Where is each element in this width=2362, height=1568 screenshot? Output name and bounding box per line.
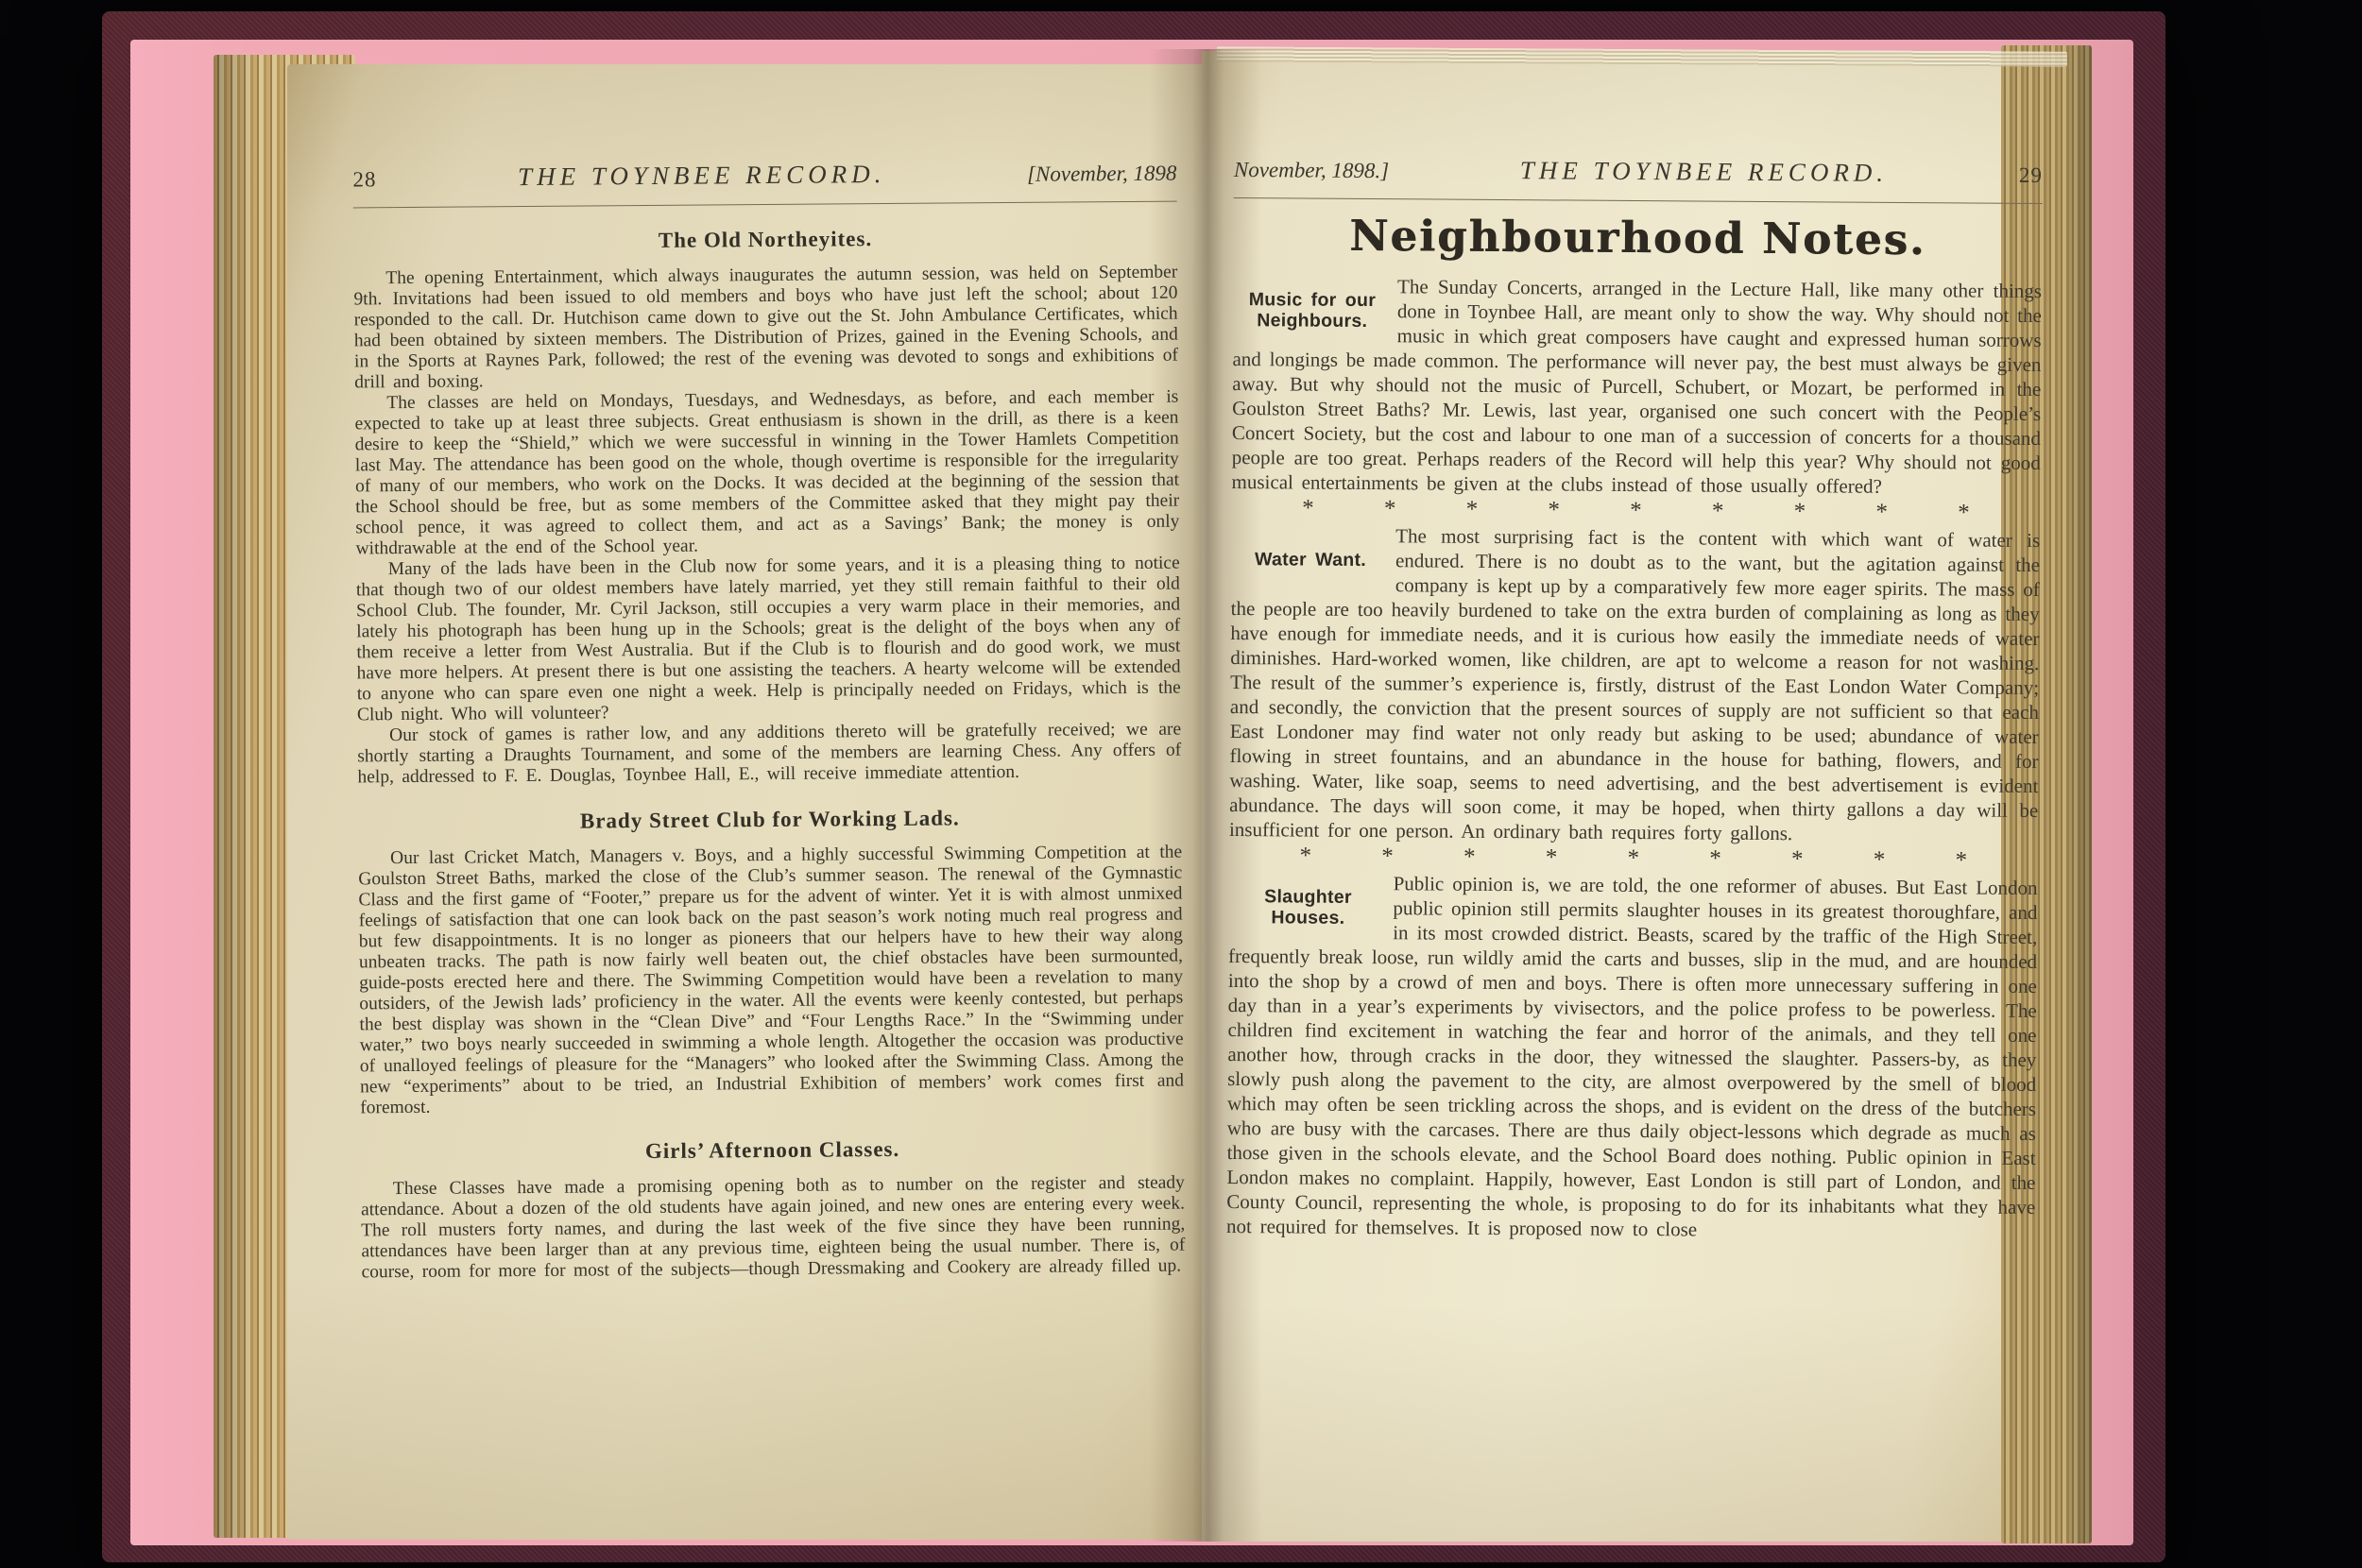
issue-date: [November, 1898 <box>1027 162 1177 187</box>
note-paragraph: Slaughter Houses.Public opinion is, we a… <box>1226 870 2038 1244</box>
header-rule <box>1234 197 2043 204</box>
right-page-content: November, 1898.] THE TOYNBEE RECORD. 29 … <box>1226 154 2043 1244</box>
journal-title: THE TOYNBEE RECORD. <box>518 160 886 192</box>
page-number: 28 <box>352 167 376 192</box>
section-heading: The Old Northeyites. <box>353 225 1177 256</box>
asterisk-separator: * * * * * * * * * <box>1231 494 2040 528</box>
right-page-header: November, 1898.] THE TOYNBEE RECORD. 29 <box>1234 154 2043 188</box>
left-page-header: 28 THE TOYNBEE RECORD. [November, 1898 <box>352 158 1176 193</box>
paragraph: Our last Cricket Match, Managers v. Boys… <box>358 843 1184 1119</box>
journal-title: THE TOYNBEE RECORD. <box>1520 156 1888 188</box>
margin-note: Slaughter Houses. <box>1228 870 1388 945</box>
margin-note: Water Want. <box>1231 522 1391 597</box>
asterisk-separator: * * * * * * * * * <box>1229 842 2038 876</box>
left-page-content: 28 THE TOYNBEE RECORD. [November, 1898 T… <box>352 158 1185 1284</box>
section-heading: Girls’ Afternoon Classes. <box>360 1135 1184 1167</box>
section-heading: Brady Street Club for Working Lads. <box>358 805 1182 836</box>
article-title: Neighbourhood Notes. <box>1233 210 2042 265</box>
paragraph: The opening Entertainment, which always … <box>353 263 1178 394</box>
paragraph: The classes are held on Mondays, Tuesday… <box>354 387 1179 560</box>
paragraph: These Classes have made a promising open… <box>361 1173 1186 1284</box>
header-rule <box>353 201 1177 209</box>
issue-date: November, 1898.] <box>1234 158 1389 183</box>
paragraph: Our stock of games is rather low, and an… <box>357 720 1181 789</box>
note-paragraph: Water Want.The most surprising fact is t… <box>1229 522 2040 847</box>
margin-note: Music for our Neighbours. <box>1233 273 1393 348</box>
paragraph: Many of the lads have been in the Club n… <box>356 554 1181 726</box>
note-paragraph: Music for our Neighbours.The Sunday Conc… <box>1232 273 2043 500</box>
page-number: 29 <box>2019 163 2043 188</box>
